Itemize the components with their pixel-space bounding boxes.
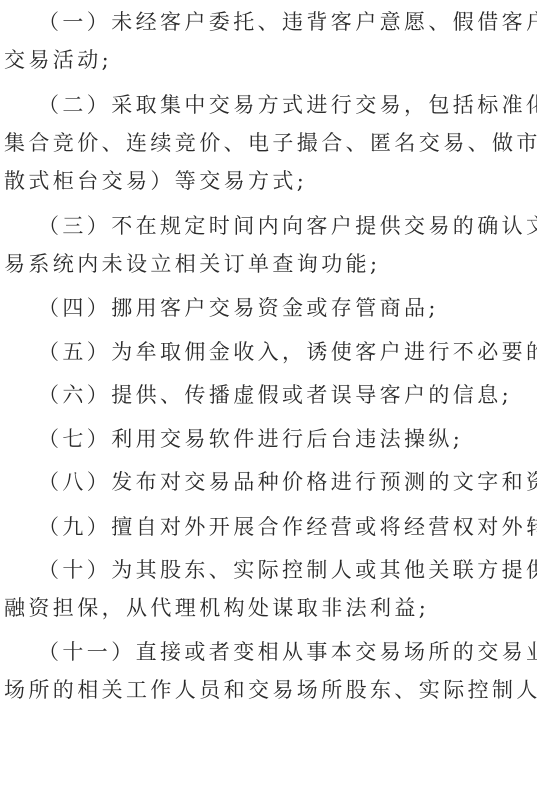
paragraph-2-line-1: （二）采取集中交易方式进行交易，包括标准化合约交易、: [38, 90, 529, 120]
paragraph-5-line-1: （五）为牟取佣金收入，诱使客户进行不必要的交易;: [38, 337, 529, 367]
paragraph-1-line-1: （一）未经客户委托、违背客户意愿、假借客户名义开展: [38, 7, 529, 37]
paragraph-8-line-1: （八）发布对交易品种价格进行预测的文字和资料;: [38, 467, 529, 497]
paragraph-11-line-1: （十一）直接或者变相从事本交易场所的交易业务；交易: [38, 637, 529, 667]
paragraph-7-line-1: （七）利用交易软件进行后台违法操纵;: [38, 424, 529, 454]
paragraph-2-line-2: 集合竞价、连续竞价、电子撮合、匿名交易、做市商（含分: [4, 128, 529, 158]
paragraph-2-line-3: 散式柜台交易）等交易方式;: [4, 166, 529, 196]
paragraph-9-line-1: （九）擅自对外开展合作经营或将经营权对外转包;: [38, 512, 529, 542]
paragraph-11-line-2: 场所的相关工作人员和交易场所股东、实际控制人参与本交: [4, 675, 529, 705]
paragraph-1-line-2: 交易活动;: [4, 45, 529, 75]
paragraph-3-line-1: （三）不在规定时间内向客户提供交易的确认文件，或交: [38, 211, 529, 241]
paragraph-10-line-1: （十）为其股东、实际控制人或其他关联方提供融资或者: [38, 555, 529, 585]
paragraph-10-line-2: 融资担保，从代理机构处谋取非法利益;: [4, 593, 529, 623]
paragraph-3-line-2: 易系统内未设立相关订单查询功能;: [4, 249, 529, 279]
paragraph-6-line-1: （六）提供、传播虚假或者误导客户的信息;: [38, 380, 529, 410]
paragraph-4-line-1: （四）挪用客户交易资金或存管商品;: [38, 293, 529, 323]
